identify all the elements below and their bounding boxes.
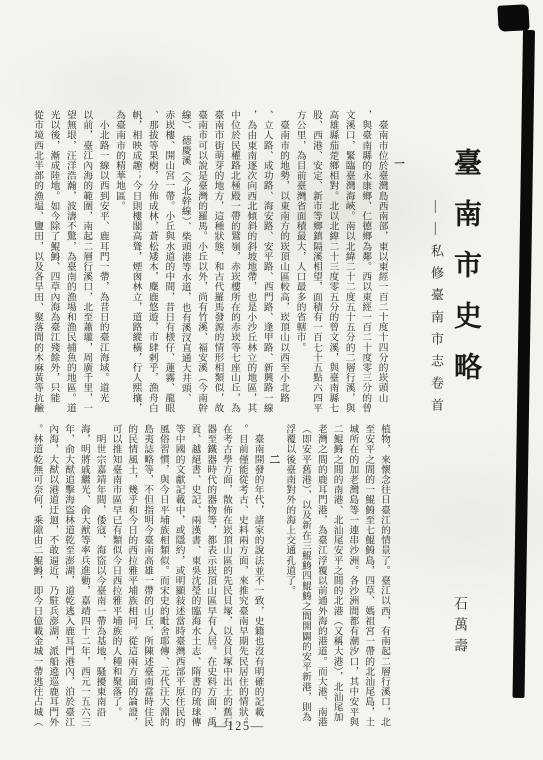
text-column: 島夷誌略等，不但指明今臺南高雄一帶的山丘，所陳述臺南當時住民 — [139, 424, 155, 714]
text-column: 方公里，為目前臺灣省面積最大，人口最多的省轄市。 — [291, 110, 307, 418]
text-column: （即安平舊港），以及新在三鯤鯓四鯤鯓之間開闢的安平新港，則為 — [297, 424, 313, 714]
text-column: 可以推知臺南市區早已有類似今日西拉雅平埔族的人種和聚落了。 — [108, 424, 124, 714]
text-column: 的民情風土，幾乎和今日的西拉雅平埔族相同。從這兩方面的論證， — [123, 424, 139, 714]
section-marker: 一 — [390, 110, 406, 418]
text-column: 。目前僅能從考古、史料兩方面，來推究臺南早期先民居住的情狀。 — [234, 424, 250, 714]
text-register-bottom: 植物，來懷念往日臺江的情景了。臺江以西，有南起二層行溪口，北至安平之間的一鯤鯓至… — [28, 424, 392, 714]
text-column: 光以後，漸成陸地。如今除了鯤鯓、四草內海為臺江殘餘外，只能 — [45, 110, 61, 418]
text-column: 帆，相映成趣；今日則樓閣高聳，煙囪林立，道路縱橫，行人熙攘， — [127, 110, 143, 418]
section-marker: 二 — [266, 424, 282, 714]
text-column: 文溪口，緊臨臺灣海峽。南以北緯二十二度五十五分的二層行溪，與 — [340, 110, 356, 418]
author-name: 石萬壽 — [449, 596, 469, 676]
text-column: 臺南開發的年代，諸家的說法並不一致，史籍也沒有明確的記載 — [250, 424, 266, 714]
text-column: 。林道乾無可奈何，乘隙由二鯤鯓，即今日億載金城一帶逃往占城（ — [29, 424, 45, 714]
text-column: 貢、越絕書、史記、兩漢書、東吳沈瑩的臨海水土志、隋書的琉球傳 — [187, 424, 203, 714]
text-column: 等中國的文獻記載中，或隱約，或明顯敍述當時臺灣西部平原住民的 — [171, 424, 187, 714]
text-column: 內海，大猷以港道迂迴，不敢逼近，乃駐兵澎湖，派船遶巡鹿耳門外 — [44, 424, 60, 714]
scan-artifact-binding-bar — [513, 30, 535, 698]
text-column: 至安平之間的一鯤鯓至七鯤鯓島，四草、媽祖宮一帶的北汕尾島，土 — [360, 424, 376, 714]
text-column: 小北路一線以西到安平、鹿耳門一帶，為昔日的臺江海域。道光 — [94, 110, 110, 418]
text-column: 中位於民權路北極殿一帶的鷲嶺，赤崁樓所在的赤崁等七座山丘，為 — [226, 110, 242, 418]
text-column: ，為由東南逐次向西北傾斜的斜坡地帶，也是小沙丘林立的地區，其 — [242, 110, 258, 418]
text-column: 以前，臺江內海的範圍，南起二層行溪口，北至蕭壠，周廣千里，一 — [78, 110, 94, 418]
text-column: 浮覆以後臺南對外的海上交通孔道了。 — [281, 424, 297, 714]
text-column: 海，明將戚繼光、俞大猷等率兵進勦，嘉靖四十二年，西元一五六三 — [76, 424, 92, 714]
text-column: ，與臺南縣的永康鄉、仁德鄉為鄰。西以東經一百二十度零三分的曾 — [357, 110, 373, 418]
text-column: 臺南市的地勢，以東南方的崁頂山區較高，崁頂山以西至小北路 — [275, 110, 291, 418]
text-column: 、那拔等果樹，分佈成林，蒼松矮木，麋鹿悠遊，市肆剌乎，漁舟白 — [144, 110, 160, 418]
text-column: 二鯤鯓之間的南港、北汕尾安平之間的北港（又稱大港），北汕尾加 — [329, 424, 345, 714]
page-title: 臺南市史略 — [445, 148, 485, 448]
text-column: 線）、德慶溪（今北幹線）、柴頭港等水道，也有溪汊直通大井頭、 — [176, 110, 192, 418]
text-column: 高雄縣茄萣鄉相對。北以北緯二十三度零五分的曾文溪，與臺南縣七 — [324, 110, 340, 418]
text-column: 城所在的加老灣島等一連串沙洲。各沙洲間都有潮汐口，其中安平與 — [345, 424, 361, 714]
text-column: 赤崁樓、開山宮一帶。小丘與水道的中間，昔日有檨仔、蓮霧、龍眼 — [160, 110, 176, 418]
text-column: 風俗習慣，與今日平埔族相類似。而宋史的毗舍耶傳、元代汪大淵的 — [155, 424, 171, 714]
text-column: 器至鐵器時代的器物等，都表示崁頂山區早有人居。在史料方面，禹 — [202, 424, 218, 714]
text-column: 植物，來懷念往日臺江的情景了。臺江以西，有南起二層行溪口，北 — [376, 424, 392, 714]
text-column: 、立人路、成功路、海安路、安平路、西門路、逢甲路、新興路一線 — [258, 110, 274, 418]
text-column: 股、西港、安定、新市等鄉鎮隔溪相望，面積有一百七十五點六四平 — [308, 110, 324, 418]
page-subtitle: ——私修臺南市志卷首 — [427, 200, 446, 440]
scanned-page: 臺南市史略 ——私修臺南市志卷首 石萬壽 一 臺南市位於臺灣島西南部，東以東經一… — [0, 0, 543, 760]
text-column: 從市境西北半部的漁塭、鹽田，以及各旱田、聚落間的木麻黃等抗鹼 — [29, 110, 45, 418]
text-column: 臺南市街萌芽的地方，這種狀態，和古代羅馬發源的情形相類似，故 — [209, 110, 225, 418]
text-column: 望無垠，汪洋浩瀚，波濤不驚，為臺南的漁場和漁民捕魚的地區。道 — [61, 110, 77, 418]
text-column: 為臺南市的精華地區。 — [111, 110, 127, 418]
text-column: 臺南市可以說是臺灣的羅馬。小丘以外，尚有竹溪、福安溪（今南幹 — [193, 110, 209, 418]
page-number: —125— — [204, 719, 274, 734]
text-column: 老灣之間的鹿耳門港，為臺江浮覆以前通外海的港道。而大港、南港 — [313, 424, 329, 714]
scan-artifact-corner-mark — [497, 4, 529, 32]
text-column: 在考古學方面，散佈在崁頂山區的先民貝塚，以及貝塚中出土的舊石 — [218, 424, 234, 714]
text-register-top: 一 臺南市位於臺灣島西南部，東以東經一百二十度十四分的崁頭山，與臺南縣的永康鄉、… — [28, 110, 406, 418]
text-column: 臺南市位於臺灣島西南部，東以東經一百二十度十四分的崁頭山 — [373, 110, 389, 418]
text-column: 年，俞大猷追擊海盜林道乾至澎湖，道乾逃入鹿耳門港內，泊於臺江 — [60, 424, 76, 714]
text-column: 明世宗嘉靖年間，倭寇、海盜以今臺南一帶為基地，騷擾東南沿 — [92, 424, 108, 714]
